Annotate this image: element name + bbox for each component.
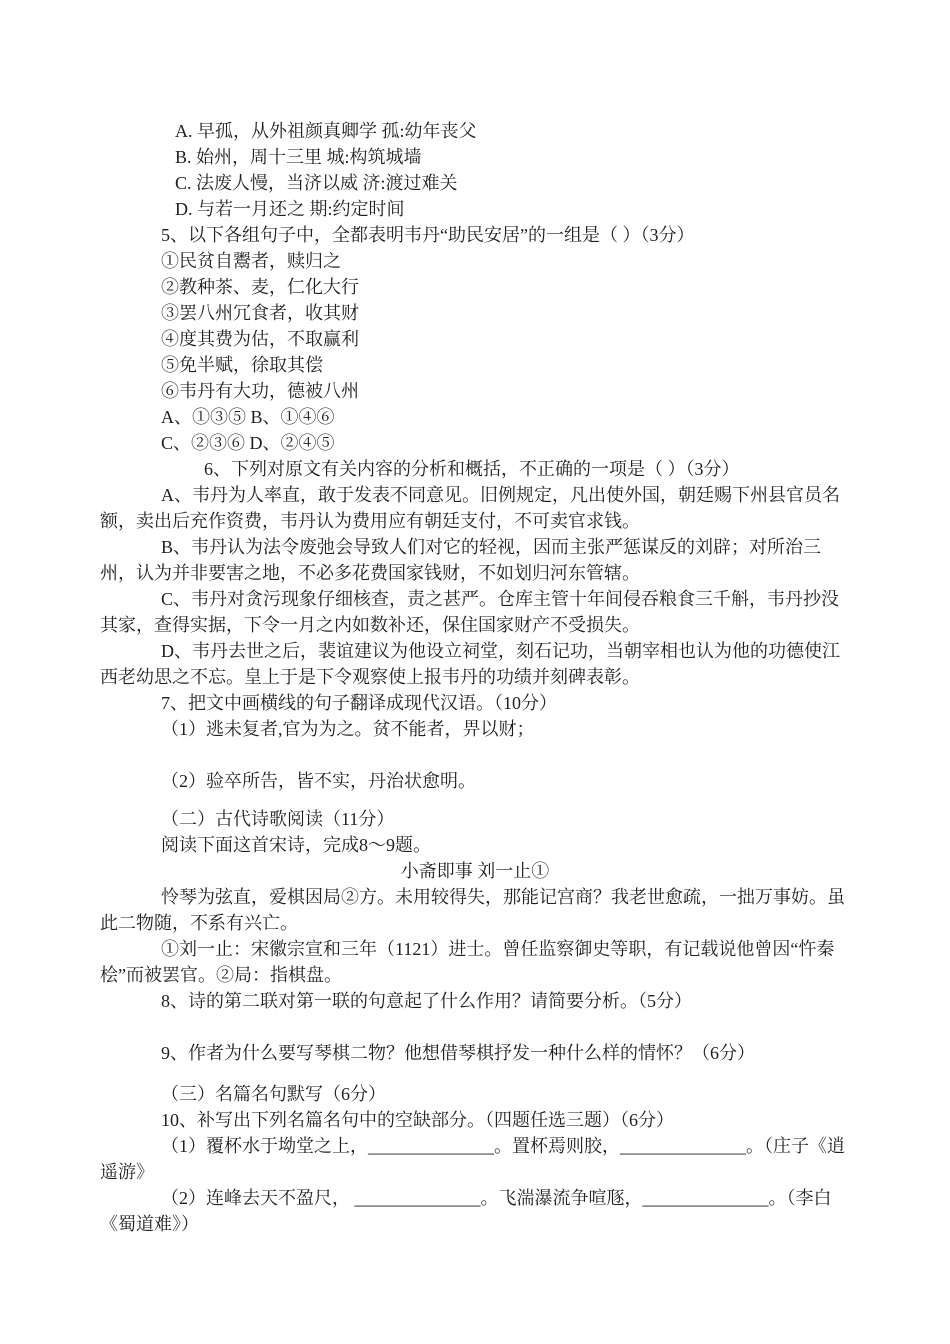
poem-notes: ①刘一止：宋徽宗宣和三年（1121）进士。曾任监察御史等职，有记载说他曾因“忤秦… — [100, 936, 850, 988]
option-a-word-gloss: A. 早孤，从外祖颜真卿学 孤:幼年丧父 — [100, 118, 850, 144]
option-d-word-gloss: D. 与若一月还之 期:约定时间 — [100, 196, 850, 222]
poem-instruction: 阅读下面这首宋诗，完成8～9题。 — [100, 832, 850, 858]
exam-content: A. 早孤，从外祖颜真卿学 孤:幼年丧父 B. 始州，周十三里 城:构筑城墙 C… — [100, 118, 850, 1237]
clause-6: ⑥韦丹有大功，德被八州 — [100, 378, 850, 404]
clause-1: ①民贫自鬻者，赎归之 — [100, 248, 850, 274]
dictation-item-2: （2）连峰去天不盈尺， ______________。飞湍瀑流争喧豗，_____… — [100, 1185, 850, 1237]
option-c-word-gloss: C. 法废人慢，当济以威 济:渡过难关 — [100, 170, 850, 196]
question-6-option-c: C、韦丹对贪污现象仔细核查，责之甚严。仓库主管十年间侵吞粮食三千斛，韦丹抄没其家… — [100, 586, 850, 638]
question-8: 8、诗的第二联对第一联的句意起了什么作用？请简要分析。（5分） — [100, 988, 850, 1014]
clause-3: ③罢八州冗食者，收其财 — [100, 300, 850, 326]
clause-2: ②教种茶、麦，仁化大行 — [100, 274, 850, 300]
poem-body: 怜琴为弦直，爱棋因局②方。未用较得失，那能记宫商？我老世愈疏，一拙万事妨。虽此二… — [100, 884, 850, 936]
question-10-stem: 10、补写出下列名篇名句中的空缺部分。（四题任选三题）（6分） — [100, 1107, 850, 1133]
question-6-option-a: A、韦丹为人率直，敢于发表不同意见。旧例规定，凡出使外国，朝廷赐下州县官员名额，… — [100, 482, 850, 534]
question-6-option-d: D、韦丹去世之后，裴谊建议为他设立祠堂，刻石记功，当朝宰相也认为他的功德使江西老… — [100, 638, 850, 690]
answer-combos-ab: A、①③⑤ B、①④⑥ — [100, 404, 850, 430]
clause-4: ④度其费为估，不取赢利 — [100, 326, 850, 352]
question-9: 9、作者为什么要写琴棋二物？他想借琴棋抒发一种什么样的情怀？（6分） — [100, 1040, 850, 1066]
clause-5: ⑤免半赋，徐取其偿 — [100, 352, 850, 378]
dictation-item-1: （1）覆杯水于坳堂之上，______________。置杯焉则胶，_______… — [100, 1133, 850, 1185]
translation-sentence-1: （1）逃未复者,官为为之。贫不能者，畀以财； — [100, 716, 850, 742]
exam-page: A. 早孤，从外祖颜真卿学 孤:幼年丧父 B. 始州，周十三里 城:构筑城墙 C… — [0, 0, 950, 1344]
question-5-stem: 5、以下各组句子中，全都表明韦丹“助民安居”的一组是（ ）（3分） — [100, 222, 850, 248]
translation-sentence-2: （2）验卒所告，皆不实，丹治状愈明。 — [100, 768, 850, 794]
section-2-heading: （二）古代诗歌阅读（11分） — [100, 806, 850, 832]
answer-combos-cd: C、②③⑥ D、②④⑤ — [100, 430, 850, 456]
question-7-stem: 7、把文中画横线的句子翻译成现代汉语。（10分） — [100, 690, 850, 716]
question-6-option-b: B、韦丹认为法令废弛会导致人们对它的轻视，因而主张严惩谋反的刘辟；对所治三州，认… — [100, 534, 850, 586]
section-3-heading: （三）名篇名句默写（6分） — [100, 1081, 850, 1107]
option-b-word-gloss: B. 始州，周十三里 城:构筑城墙 — [100, 144, 850, 170]
question-6-stem: 6、下列对原文有关内容的分析和概括，不正确的一项是（ ）（3分） — [100, 456, 850, 482]
poem-title: 小斋即事 刘一止① — [100, 858, 850, 884]
